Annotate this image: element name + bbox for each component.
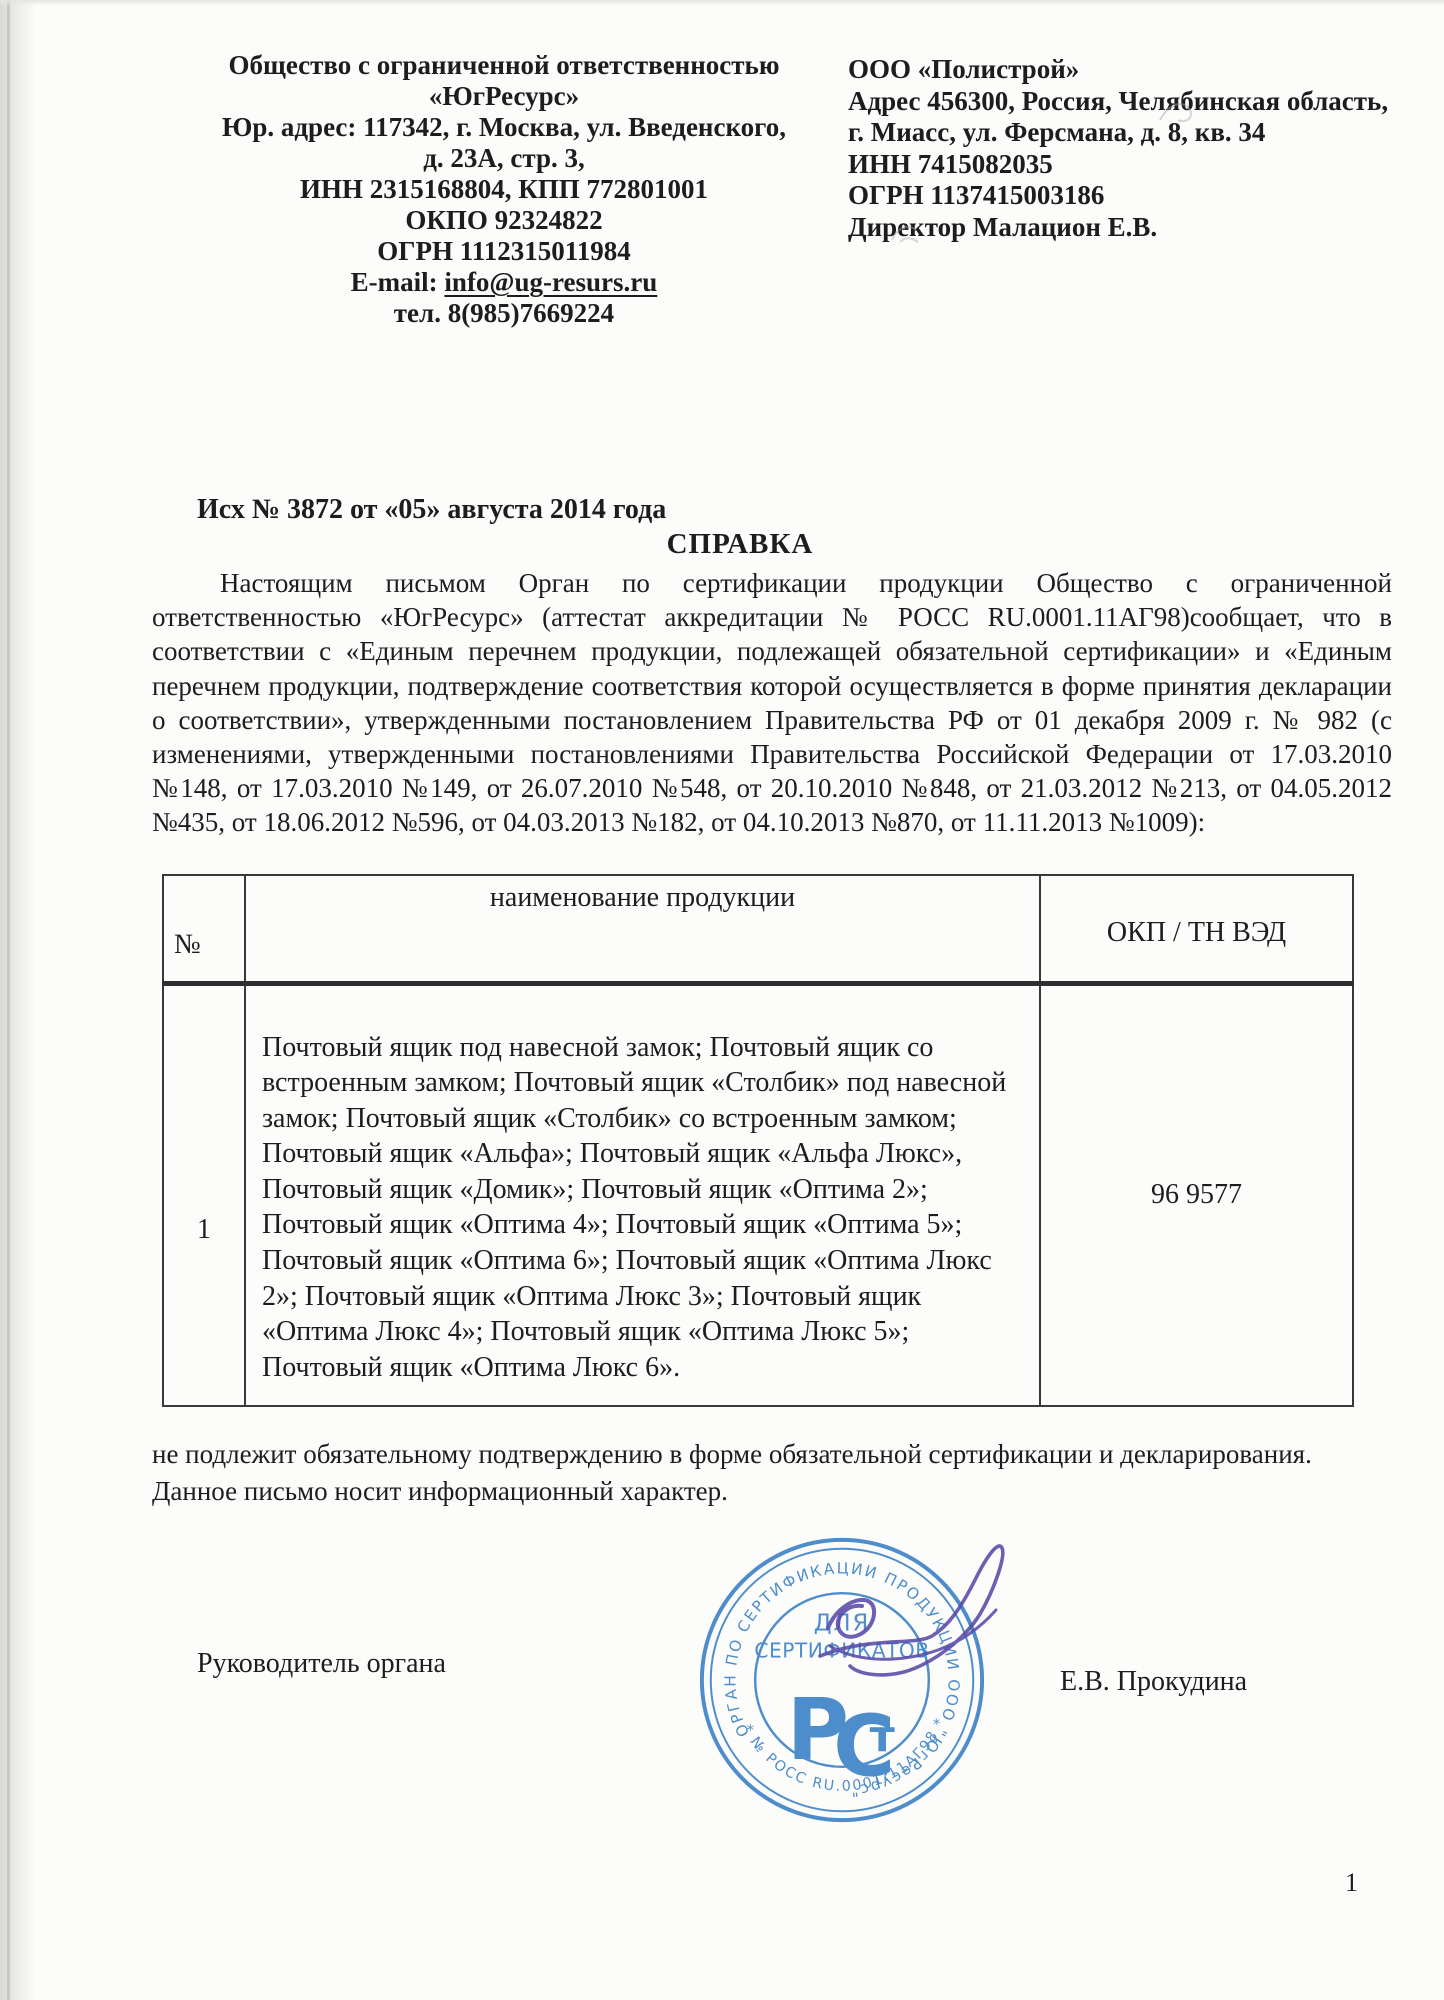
- scan-edge-shadow: [0, 0, 36, 2000]
- table-row: 1 Почтовый ящик под навесной замок; Почт…: [163, 983, 1353, 1406]
- sender-line: Общество с ограниченной ответственностью: [168, 50, 840, 81]
- sender-line: Юр. адрес: 117342, г. Москва, ул. Введен…: [168, 112, 840, 143]
- table-header-row: № наименование продукции ОКП / ТН ВЭД: [163, 875, 1353, 983]
- sender-phone: тел. 8(985)7669224: [168, 298, 840, 329]
- scan-noise-mark: [1150, 90, 1210, 140]
- row-number-cell: 1: [163, 983, 245, 1406]
- product-name-cell: Почтовый ящик под навесной замок; Почтов…: [245, 983, 1040, 1406]
- letterhead-recipient: ООО «Полистрой» Адрес 456300, Россия, Че…: [848, 54, 1438, 244]
- letter-body-paragraph: Настоящим письмом Орган по сертификации …: [152, 566, 1392, 840]
- column-header-product-name: наименование продукции: [245, 875, 1040, 983]
- signatory-name: Е.В. Прокудина: [1060, 1666, 1247, 1698]
- sender-line: ОГРН 1112315011984: [168, 236, 840, 267]
- recipient-line: Адрес 456300, Россия, Челябинская област…: [848, 86, 1438, 118]
- recipient-line: ИНН 7415082035: [848, 149, 1438, 181]
- recipient-line: ООО «Полистрой»: [848, 54, 1438, 86]
- letterhead-sender: Общество с ограниченной ответственностью…: [168, 50, 840, 329]
- email-address: info@ug-resurs.ru: [444, 267, 657, 297]
- sender-email-line: E-mail: info@ug-resurs.ru: [168, 267, 840, 298]
- products-table: № наименование продукции ОКП / ТН ВЭД 1 …: [162, 874, 1354, 1407]
- outgoing-ref-line: Исх № 3872 от «05» августа 2014 года: [197, 494, 666, 526]
- handwritten-signature: [680, 1478, 1100, 1728]
- signatory-role: Руководитель органа: [197, 1648, 446, 1680]
- email-label: E-mail:: [351, 267, 445, 297]
- column-header-number: №: [163, 875, 245, 983]
- scan-noise-mark: [880, 212, 930, 256]
- sender-line: ИНН 2315168804, КПП 772801001: [168, 174, 840, 205]
- recipient-line: г. Миасс, ул. Ферсмана, д. 8, кв. 34: [848, 117, 1438, 149]
- sender-line: «ЮгРесурс»: [168, 81, 840, 112]
- okp-code-cell: 96 9577: [1040, 983, 1353, 1406]
- recipient-line: Директор Малацион Е.В.: [848, 212, 1438, 244]
- signature-strokes: [680, 1478, 1100, 1728]
- closing-paragraph-1: не подлежит обязательному подтверждению …: [152, 1436, 1392, 1473]
- column-header-okp-code: ОКП / ТН ВЭД: [1040, 875, 1353, 983]
- scanned-letter-page: Общество с ограниченной ответственностью…: [0, 0, 1444, 2000]
- sender-line: д. 23А, стр. 3,: [168, 143, 840, 174]
- recipient-line: ОГРН 1137415003186: [848, 180, 1438, 212]
- scan-edge-line: [7, 0, 10, 2000]
- sender-line: ОКПО 92324822: [168, 205, 840, 236]
- page-number: 1: [1345, 1868, 1358, 1898]
- document-title: СПРАВКА: [150, 528, 1330, 561]
- scan-edge-top: [0, 0, 1444, 6]
